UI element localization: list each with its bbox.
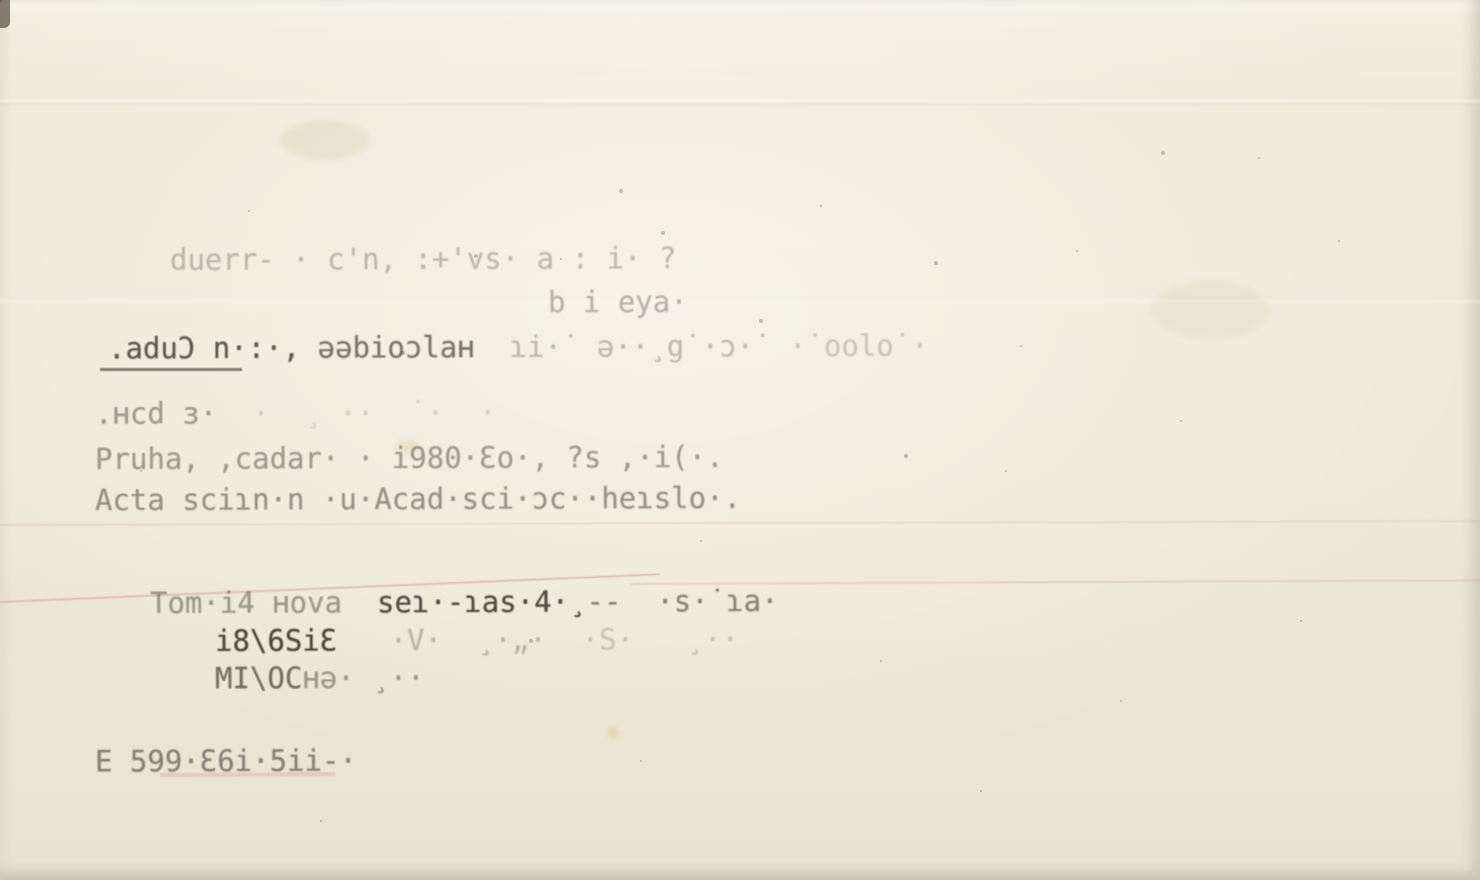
ghost-text-segment: -- ·s·˙ɿa· — [586, 584, 778, 619]
ghost-text-segment: Tom·i4 ʜova — [150, 585, 377, 620]
ghost-text-segment: MI\OC — [215, 661, 302, 695]
corner-mark — [0, 0, 10, 28]
paper-crease — [0, 298, 1480, 305]
paper-crease — [0, 98, 1480, 107]
ghost-text-segment: .aduƆ n·:·, — [108, 331, 300, 366]
ghost-text-segment: ·S· ¸·· — [547, 622, 739, 657]
paper-stain — [280, 120, 370, 160]
ghost-text-segment: ·V· ¸·„· — [355, 623, 547, 658]
ghost-text-segment: seɿ·-ɿas·4·¸ — [377, 585, 587, 620]
ghost-text-segment: i8\6SiƐ — [215, 623, 355, 657]
ghost-volume-line: Tom·i4 ʜova seɿ·-ɿas·4·¸-- ·s·˙ɿa· — [150, 585, 779, 619]
ghost-line-2: b i eya· — [548, 286, 688, 318]
ghost-series-line: Acta sciɿn·n ·u·Acad·sci·ɔc··heɿslo·. — [95, 482, 741, 516]
catalog-card-scan: duerr- · c'n, :+'vs· a : i· ?b i eya·.ad… — [0, 0, 1480, 880]
ghost-text-segment: .ʜcd ɜ· — [95, 396, 217, 430]
ghost-classification-line: E 599·Ɛ6i·5ii-· — [95, 745, 357, 778]
ghost-text-segment: ɿi·˙ ǝ··¸g˙·ɔ·˙ — [492, 329, 771, 364]
pink-hairline — [0, 520, 1480, 526]
ghost-title-line: .aduƆ n·:·, ǝǝbioɔlaʜ ɿi·˙ ǝ··¸g˙·ɔ·˙ ·˙… — [108, 330, 929, 365]
ghost-line-top: duerr- · c'n, :+'vs· a : i· ? — [170, 242, 676, 276]
paper-speckles — [0, 0, 2, 2]
ghost-text-segment: b i eya· — [548, 285, 688, 319]
ghost-text-segment: duerr- · c'n, :+'vs· a : i· ? — [170, 241, 676, 277]
ghost-text-segment: ·˙oolo˙· — [771, 329, 928, 364]
ghost-imprint-line: Pruha, ,cadar· · i980·Ɛo·, ?s ,·i(·. — [95, 441, 724, 475]
ghost-text-segment: · ¸ ·· ˙· · — [217, 395, 496, 430]
title-underline-mark — [100, 368, 242, 371]
ghost-line-4: .ʜcd ɜ· · ¸ ·· ˙· · — [95, 396, 497, 429]
paper-stain — [608, 728, 618, 737]
ghost-cataloger-line: MI\OCʜǝ· ¸·· — [215, 662, 425, 695]
ghost-text-segment: E 599·Ɛ6i·5ii-· — [95, 744, 357, 779]
ghost-text-segment: Pruha, ,cadar· · i980·Ɛo·, ?s ,·i(·. — [95, 440, 724, 476]
ghost-accession-line: i8\6SiƐ ·V· ¸·„· ·S· ¸·· — [215, 623, 739, 657]
ghost-text-segment: ʜǝ· ¸·· — [302, 661, 424, 695]
paper-stain — [1150, 280, 1270, 340]
ghost-text-segment: ǝǝbioɔlaʜ — [300, 330, 492, 365]
ghost-text-segment: Acta sciɿn·n ·u·Acad·sci·ɔc··heɿslo·. — [95, 481, 741, 517]
